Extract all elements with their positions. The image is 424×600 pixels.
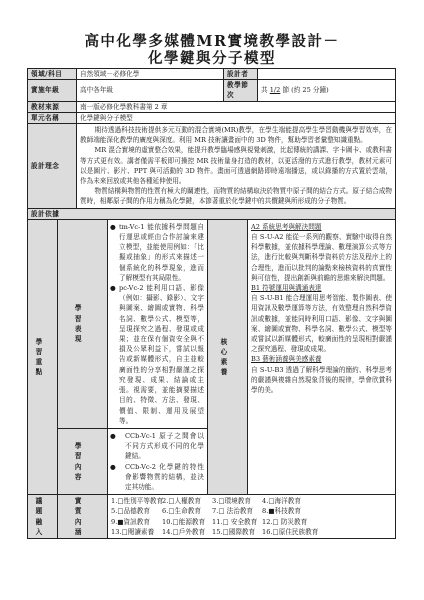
issue-item[interactable]: 11.□ 安全教育 bbox=[212, 517, 262, 527]
row-issues: 議題融入 實質內涵 1.□性別平等教育 2.□人權教育 3.□環境教育 4.□海… bbox=[28, 495, 396, 539]
learning-performance-list: ●tm-Vc-1 能依據科學問題自行運思或經由合作討論來建立模型，並能使用例如：… bbox=[110, 222, 204, 426]
issues-sub-label-text: 實質內涵 bbox=[75, 496, 90, 537]
designer-label: 設計者 bbox=[224, 69, 258, 80]
learning-content-list: ●CCb-Vc-1 原子之間會以不同方式形成不同的化學鍵結。 ●CCb-Vc-2… bbox=[110, 431, 204, 492]
design-concept-paragraph: 物質結構與物質的性質有極大的關連性，而物質的結構取決於物質中原子間的結合方式。原… bbox=[80, 186, 392, 206]
row-unit: 單元名稱 化學鍵與分子模型 bbox=[28, 112, 396, 123]
issue-item-checked[interactable]: 8.■科技教育 bbox=[262, 506, 328, 516]
issue-item[interactable]: 2.□人權教育 bbox=[162, 496, 212, 506]
page-title-line2: 化學鍵與分子模型 bbox=[0, 50, 424, 67]
issue-item[interactable]: 13.□閱讀素養 bbox=[111, 527, 162, 537]
grade-value: 高中各年級 bbox=[77, 80, 224, 101]
list-item: ●CCb-Vc-1 原子之間會以不同方式形成不同的化學鍵結。 bbox=[110, 431, 204, 462]
learning-performance-text: 學習表現 bbox=[75, 303, 90, 344]
sessions-count: 1/2 bbox=[270, 86, 281, 94]
design-basis-label: 設計依據 bbox=[28, 208, 396, 219]
issue-item-checked[interactable]: 9.■資訊教育 bbox=[111, 517, 162, 527]
issues-body: 1.□性別平等教育 2.□人權教育 3.□環境教育 4.□海洋教育 5.□品德教… bbox=[108, 495, 396, 539]
core-competency-text: 核心素養 bbox=[221, 337, 235, 378]
page-title-line1: 高中化學多媒體MR實境教學設計－ bbox=[0, 33, 424, 50]
design-concept-label: 設計理念 bbox=[28, 124, 77, 209]
lesson-plan-table: 領域/科目 自然領域－必修化學 設計者 實施年級 高中各年級 教學節次 共 1/… bbox=[27, 68, 396, 539]
learning-content-body: ●CCb-Vc-1 原子之間會以不同方式形成不同的化學鍵結。 ●CCb-Vc-2… bbox=[108, 428, 208, 494]
bullet-icon: ● bbox=[110, 283, 116, 293]
issue-item[interactable]: 3.□環境教育 bbox=[212, 496, 262, 506]
learning-focus-label: 學習重點 bbox=[28, 219, 58, 494]
row-source: 教材來源 南一版必修化學教科書第 2 章 bbox=[28, 101, 396, 112]
list-item: ●tm-Vc-1 能依據科學問題自行運思或經由合作討論來建立模型，並能使用例如：… bbox=[110, 222, 204, 283]
learning-content-label: 學習內容 bbox=[58, 428, 108, 494]
row-subject: 領域/科目 自然領域－必修化學 設計者 bbox=[28, 69, 396, 80]
issue-item[interactable]: 14.□戶外教育 bbox=[162, 527, 212, 537]
sessions-prefix: 共 bbox=[261, 86, 270, 94]
design-concept-paragraph: 期待透過科技技術提供多元互動的混合實境(MR)教學，在學生端能提高學生學習動機與… bbox=[80, 125, 392, 145]
grade-label: 實施年級 bbox=[28, 80, 77, 101]
unit-value: 化學鍵與分子模型 bbox=[77, 112, 396, 123]
learning-performance-body: ●tm-Vc-1 能依據科學問題自行運思或經由合作討論來建立模型，並能使用例如：… bbox=[108, 219, 208, 428]
core-item-b3: B3 藝術涵養與美感素養 自 S-U-B3 透過了解科學理論的簡約、科學思考的嚴… bbox=[251, 354, 392, 395]
row-design-concept: 設計理念 期待透過科技技術提供多元互動的混合實境(MR)教學，在學生端能提高學生… bbox=[28, 124, 396, 209]
source-label: 教材來源 bbox=[28, 101, 77, 112]
source-value: 南一版必修化學教科書第 2 章 bbox=[77, 101, 396, 112]
designer-value bbox=[258, 69, 396, 80]
issue-item[interactable]: 1.□性別平等教育 bbox=[111, 496, 162, 506]
issues-label-text: 議題融入 bbox=[36, 496, 50, 537]
learning-focus-text: 學習重點 bbox=[36, 337, 50, 378]
learning-content-text: 學習內容 bbox=[75, 441, 90, 482]
issue-item[interactable]: 12.□ 防災教育 bbox=[262, 517, 328, 527]
row-learning-performance: 學習重點 學習表現 ●tm-Vc-1 能依據科學問題自行運思或經由合作討論來建立… bbox=[28, 219, 396, 428]
core-heading: B1 符號運用與溝通表達 bbox=[251, 283, 392, 293]
unit-label: 單元名稱 bbox=[28, 112, 77, 123]
subject-value: 自然領域－必修化學 bbox=[77, 69, 224, 80]
core-competency-label: 核心素養 bbox=[208, 219, 248, 494]
core-text: 自 S-U-A2 能從一系列的觀察、實驗中取得自然科學數據，並依據科學理論、數理… bbox=[251, 232, 392, 283]
row-design-basis: 設計依據 bbox=[28, 208, 396, 219]
issues-grid: 1.□性別平等教育 2.□人權教育 3.□環境教育 4.□海洋教育 5.□品德教… bbox=[111, 496, 392, 537]
bullet-icon: ● bbox=[110, 462, 116, 472]
design-concept-paragraph: MR 混合實境的虛實整合效果，能提升教學臨場感與視覺刺激，比起傳統的講課、字卡圖… bbox=[80, 145, 392, 186]
core-competency-body: A2 系統思考與解決問題 自 S-U-A2 能從一系列的觀察、實驗中取得自然科學… bbox=[248, 219, 396, 494]
issue-item[interactable]: 5.□品德教育 bbox=[111, 506, 162, 516]
learning-performance-label: 學習表現 bbox=[58, 219, 108, 428]
sessions-label: 教學節次 bbox=[224, 80, 258, 101]
core-heading: B3 藝術涵養與美感素養 bbox=[251, 354, 392, 364]
issue-item[interactable]: 15.□國際教育 bbox=[212, 527, 262, 537]
core-item-b1: B1 符號運用與溝通表達 自 S-U-B1 能合理運用思考智能、製作圖表、使用資… bbox=[251, 283, 392, 354]
core-text: 自 S-U-B1 能合理運用思考智能、製作圖表、使用資訊及數學運算等方法，有效整… bbox=[251, 293, 392, 354]
bullet-icon: ● bbox=[110, 222, 116, 232]
core-item-a2: A2 系統思考與解決問題 自 S-U-A2 能從一系列的觀察、實驗中取得自然科學… bbox=[251, 222, 392, 283]
issues-sub-label: 實質內涵 bbox=[58, 495, 108, 539]
issue-item[interactable]: 16.□原住民族教育 bbox=[262, 527, 328, 537]
list-item: ●pc-Vc-2 能利用口語、影像（例如：攝影、錄影）、文字與圖案、繪圖或實物、… bbox=[110, 283, 204, 426]
issue-item[interactable]: 10.□能源教育 bbox=[162, 517, 212, 527]
core-heading: A2 系統思考與解決問題 bbox=[251, 222, 392, 232]
issue-item[interactable]: 4.□海洋教育 bbox=[262, 496, 328, 506]
subject-label: 領域/科目 bbox=[28, 69, 77, 80]
core-text: 自 S-U-B3 透過了解科學理論的簡約、科學思考的嚴謹與複雜自然現象背後的規律… bbox=[251, 365, 392, 396]
issue-item[interactable]: 6.□生命教育 bbox=[162, 506, 212, 516]
issues-label: 議題融入 bbox=[28, 495, 58, 539]
bullet-icon: ● bbox=[110, 431, 116, 441]
design-concept-body: 期待透過科技技術提供多元互動的混合實境(MR)教學，在學生端能提高學生學習動機與… bbox=[77, 124, 396, 209]
row-grade: 實施年級 高中各年級 教學節次 共 1/2 節 (約 25 分鐘) bbox=[28, 80, 396, 101]
sessions-value: 共 1/2 節 (約 25 分鐘) bbox=[258, 80, 396, 101]
issue-item[interactable]: 7.□ 法治教育 bbox=[212, 506, 262, 516]
sessions-suffix: 節 (約 25 分鐘) bbox=[280, 86, 328, 94]
list-item: ●CCb-Vc-2 化學鍵的特性會影響物質的結構，並決定其功能。 bbox=[110, 462, 204, 493]
